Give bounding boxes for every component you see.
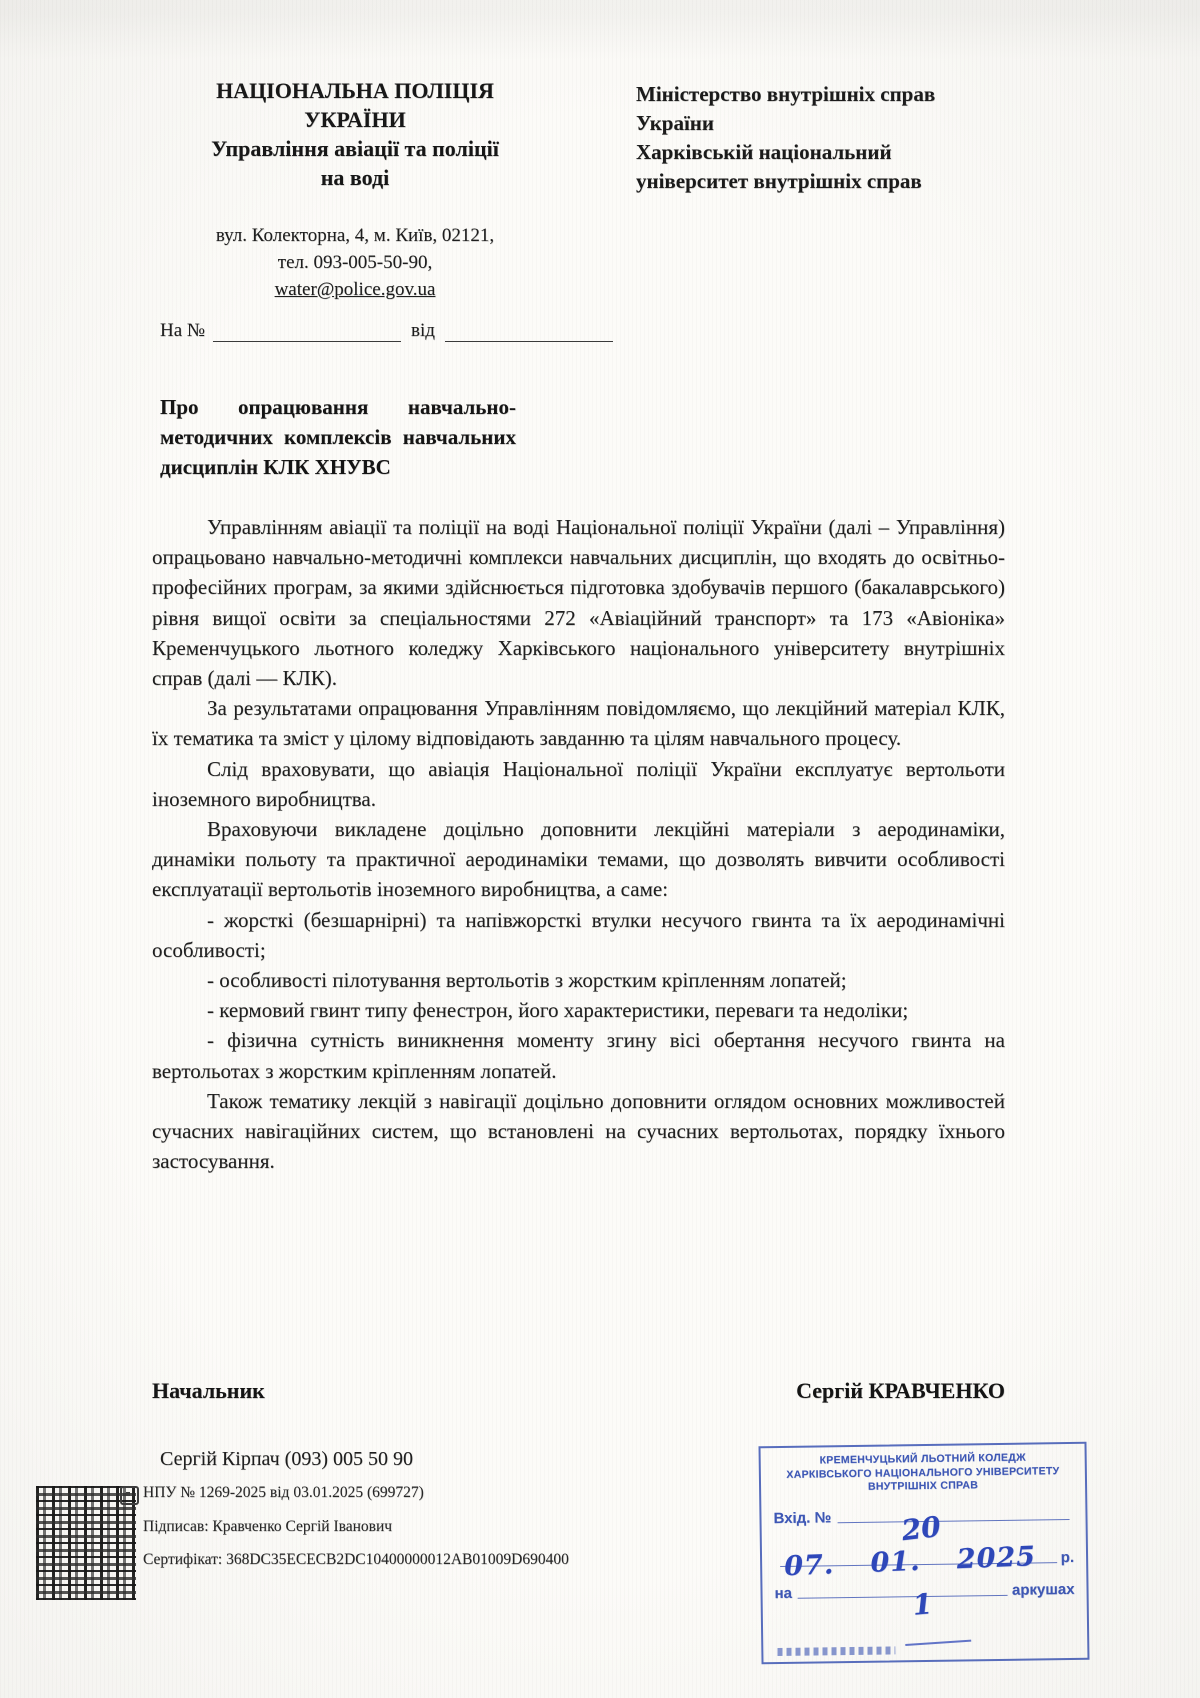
signature-row: Начальник Сергій КРАВЧЕНКО bbox=[152, 1378, 1005, 1404]
reference-number-blank bbox=[213, 325, 401, 342]
stamp-illegible-text bbox=[777, 1646, 895, 1656]
stamp-sheets-line bbox=[798, 1593, 1008, 1598]
sender-org-line: НАЦІОНАЛЬНА ПОЛІЦІЯ bbox=[168, 76, 542, 105]
reference-line: На №від bbox=[160, 320, 660, 342]
sender-address-block: вул. Колекторна, 4, м. Київ, 02121, тел.… bbox=[168, 222, 542, 303]
stamp-sheets-suffix: аркушах bbox=[1012, 1580, 1075, 1598]
body-paragraph: Управлінням авіації та поліції на воді Н… bbox=[152, 512, 1005, 693]
certificate-line: Сертифікат: 368DC35ECECB2DC10400000012AB… bbox=[143, 1551, 569, 1569]
reference-date-blank bbox=[445, 325, 613, 342]
digital-signature-icon bbox=[120, 1486, 139, 1505]
sender-unit-line: Управління авіації та поліції bbox=[168, 134, 542, 163]
body-paragraph: За результатами опрацювання Управлінням … bbox=[152, 693, 1005, 753]
body-list-item: - жорсткі (безшарнірні) та напівжорсткі … bbox=[152, 905, 1005, 965]
recipient-org-line: Харківській національний bbox=[636, 138, 1006, 167]
recipient-org-block: Міністерство внутрішніх справ України Ха… bbox=[636, 80, 1006, 196]
stamp-date-suffix: р. bbox=[1061, 1548, 1075, 1565]
stamp-entry-label: Вхід. № bbox=[773, 1509, 831, 1527]
stamp-entry-line bbox=[837, 1517, 1069, 1522]
recipient-org-line: університет внутрішніх справ bbox=[636, 167, 1006, 196]
sender-org-line: УКРАЇНИ bbox=[168, 105, 542, 134]
recipient-org-line: України bbox=[636, 109, 1006, 138]
signer-position: Начальник bbox=[152, 1378, 265, 1404]
letter-subject: Про опрацювання навчально-методичних ком… bbox=[160, 392, 516, 482]
body-list-item: - фізична сутність виникнення моменту зг… bbox=[152, 1025, 1005, 1085]
address-phone: тел. 093-005-50-90, bbox=[168, 249, 542, 276]
body-paragraph: Також тематику лекцій з навігації доціль… bbox=[152, 1086, 1005, 1177]
reference-na-label: На № bbox=[160, 320, 205, 341]
recipient-org-line: Міністерство внутрішніх справ bbox=[636, 80, 1006, 109]
reference-vid-label: від bbox=[411, 320, 435, 341]
letter-body: Управлінням авіації та поліції на воді Н… bbox=[152, 512, 1005, 1176]
handwritten-entry-number: 20 bbox=[900, 1510, 943, 1547]
signed-by-line: Підписав: Кравченко Сергій Іванович bbox=[143, 1518, 392, 1536]
scanned-letter-page: НАЦІОНАЛЬНА ПОЛІЦІЯ УКРАЇНИ Управління а… bbox=[0, 0, 1200, 1698]
body-list-item: - кермовий гвинт типу фенестрон, його ха… bbox=[152, 995, 1005, 1025]
document-reference: НПУ № 1269-2025 від 03.01.2025 (699727) bbox=[143, 1484, 424, 1502]
sender-unit-line: на воді bbox=[168, 163, 542, 192]
address-street: вул. Колекторна, 4, м. Київ, 02121, bbox=[168, 222, 542, 249]
body-paragraph: Слід враховувати, що авіація Національно… bbox=[152, 754, 1005, 814]
address-email: water@police.gov.ua bbox=[168, 276, 542, 303]
stamp-sheets-prefix: на bbox=[774, 1584, 792, 1601]
incoming-registration-stamp: КРЕМЕНЧУЦЬКИЙ ЛЬОТНИЙ КОЛЕДЖ ХАРКІВСЬКОГ… bbox=[758, 1442, 1089, 1665]
handwritten-underline bbox=[905, 1640, 971, 1646]
contact-person: Сергій Кірпач (093) 005 50 90 bbox=[160, 1448, 413, 1471]
signer-name: Сергій КРАВЧЕНКО bbox=[796, 1378, 1005, 1404]
body-paragraph: Враховуючи викладене доцільно доповнити … bbox=[152, 814, 1005, 905]
handwritten-sheet-count: 1 bbox=[911, 1587, 933, 1622]
body-list-item: - особливості пілотування вертольотів з … bbox=[152, 965, 1005, 995]
handwritten-date: 07. 01. 2025 bbox=[784, 1541, 1037, 1582]
sender-org-block: НАЦІОНАЛЬНА ПОЛІЦІЯ УКРАЇНИ Управління а… bbox=[168, 76, 542, 192]
